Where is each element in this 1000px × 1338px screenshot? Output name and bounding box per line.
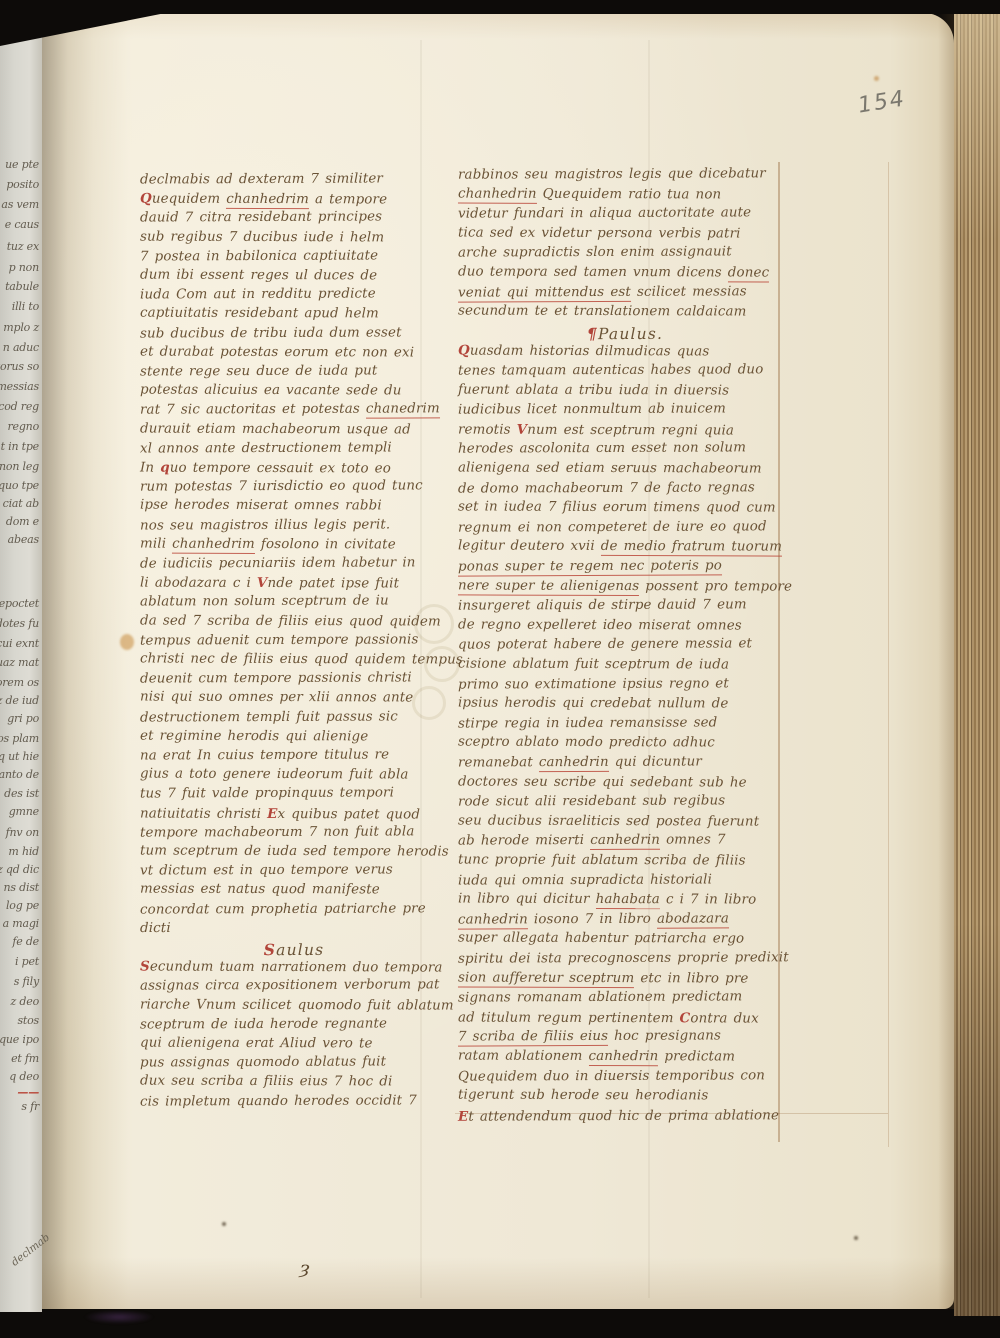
rubricated-initial: E	[458, 1108, 468, 1124]
ink-text: omnes 7	[660, 833, 726, 848]
ruling-line-vertical-2	[888, 162, 889, 1147]
text-line: deuenit cum tempore passionis christi	[140, 671, 412, 691]
text-line: stente rege seu duce de iuda put	[140, 363, 378, 383]
text-line: tempore machabeorum 7 non fuit abla	[140, 824, 415, 844]
text-line: iuda qui omnia supradicta historiali	[458, 872, 712, 892]
red-underlined-text: 7 scriba de filiis eius	[458, 1029, 608, 1047]
ink-text: tum sceptrum de iuda sed tempore herodis	[140, 843, 449, 859]
rubricated-initial: V	[517, 422, 528, 438]
ink-text: alienigena sed etiam seruus machabeorum	[458, 460, 762, 476]
text-line: rat 7 sic auctoritas et potestas chanedr…	[140, 402, 440, 422]
text-line: primo suo extimatione ipsius regno et	[458, 676, 729, 696]
ink-text: secundum te et translationem caldaicam	[458, 304, 747, 320]
text-line: de regno expelleret ideo miserat omnes	[458, 617, 742, 637]
text-line: 7 scriba de filiis eius hoc presignans	[458, 1029, 721, 1049]
ink-text: de domo machabeorum 7 de facto regnas	[458, 480, 755, 496]
ink-text: legitur deutero xvii	[458, 539, 601, 554]
ink-text: tunc proprie fuit ablatum scriba de fili…	[458, 852, 746, 868]
text-line: sub regibus 7 ducibus iude i helm	[140, 229, 384, 249]
ink-text: nos seu magistros illius legis perit.	[140, 517, 390, 533]
ink-text: uasdam historias dilmudicas quas	[470, 344, 710, 360]
text-line: riarche Vnum scilicet quomodo fuit ablat…	[140, 997, 454, 1017]
text-line: vt dictum est in quo tempore verus	[140, 863, 393, 883]
text-line: captiuitatis residebant apud helm	[140, 306, 379, 326]
background-top	[150, 0, 1000, 14]
stain-speck-3	[854, 1236, 858, 1240]
margin-fragment: ns dist	[4, 881, 39, 894]
text-line: signans romanam ablationem predictam	[458, 990, 742, 1010]
margin-fragment: gmne	[9, 805, 39, 818]
ink-text: rat 7 sic auctoritas et potestas	[140, 402, 366, 418]
rubricated-initial: q	[160, 460, 170, 476]
margin-fragment: q deo	[9, 1070, 39, 1083]
margin-fragment: cod reg	[0, 400, 39, 413]
text-line: mili chanhedrim fosolono in civitate	[140, 536, 396, 556]
margin-fragment: mplo z	[3, 321, 39, 334]
ink-text: ablatum non solum sceptrum de iu	[140, 594, 389, 610]
page-right-shadow	[938, 13, 954, 1309]
ink-text: quos poterat habere de genere messia et	[458, 637, 752, 653]
ink-text: dicti	[140, 921, 171, 936]
red-underlined-text: chanhedrim	[226, 192, 309, 209]
margin-fragment: ue pte	[5, 158, 39, 171]
red-underlined-text: sion aufferetur sceptrum	[458, 970, 634, 988]
text-line: messias est natus quod manifeste	[140, 882, 380, 902]
ink-text: qui dicuntur	[609, 754, 702, 769]
text-line: dum ibi essent reges ul duces de	[140, 268, 377, 288]
text-line: iuda Com aut in redditu predicte	[140, 287, 376, 307]
ink-text: destructionem templi fuit passus sic	[140, 709, 398, 725]
text-line: nisi qui suo omnes per xlii annos ante	[140, 690, 413, 710]
ink-text: videtur fundari in aliqua auctoritate au…	[458, 206, 751, 222]
text-line: seu ducibus israeliticis sed postea fuer…	[458, 813, 759, 833]
rubricated-initial: S	[264, 940, 276, 959]
ink-text: tus 7 fuit valde propinquus tempori	[140, 786, 394, 802]
ink-text: set in iudea 7 filius eorum timens quod …	[458, 500, 776, 516]
ink-text: natiuitatis christi	[140, 806, 267, 821]
rubricated-initial: ¶	[587, 324, 598, 343]
margin-fragment: as vem	[1, 198, 39, 211]
text-line: iudicibus licet nonmultum ab inuicem	[458, 402, 726, 422]
margin-fragment: log pe	[6, 899, 39, 912]
ink-text: assignas circa expositionem verborum pat	[140, 978, 440, 994]
red-underlined-text: chanhedrim	[172, 536, 255, 553]
text-line: de iudiciis pecuniariis idem habetur in	[140, 555, 416, 575]
text-line: sub ducibus de tribu iuda dum esset	[140, 325, 402, 345]
text-line: Secundum tuam narrationem duo tempora	[140, 959, 443, 979]
text-line: videtur fundari in aliqua auctoritate au…	[458, 206, 751, 226]
rubricated-initial: Q	[458, 343, 470, 359]
bottom-smudge	[84, 1310, 154, 1324]
text-line: destructionem templi fuit passus sic	[140, 709, 398, 729]
text-line: insurgeret aliquis de stirpe dauid 7 eum	[458, 598, 747, 618]
margin-fragment: gri po	[7, 712, 39, 725]
text-line: ad titulum regum pertinentem Contra dux	[458, 1009, 759, 1029]
ink-text: regnum ei non competeret de iure eo quod	[458, 519, 767, 535]
ink-text: concordat cum prophetia patriarche pre	[140, 901, 426, 917]
ink-text: uequidem	[152, 192, 226, 207]
ink-text: remanebat	[458, 755, 539, 770]
margin-fragment: n aduc	[3, 341, 39, 354]
ink-text: signans romanam ablationem predictam	[458, 990, 742, 1006]
book-fore-edge	[954, 4, 1000, 1316]
text-line: na erat In cuius tempore titulus re	[140, 747, 389, 767]
text-line: pus assignas quomodo ablatus fuit	[140, 1055, 386, 1075]
ink-text: duo tempora sed tamen vnum dicens	[458, 264, 728, 280]
text-line: cisione ablatum fuit sceptrum de iuda	[458, 657, 729, 677]
text-line: canhedrin iosono 7 in libro abodazara	[458, 911, 729, 931]
ink-text: nisi qui suo omnes per xlii annos ante	[140, 690, 413, 706]
ink-text: uo tempore cessauit ex toto eo	[170, 461, 391, 477]
text-line: quos poterat habere de genere messia et	[458, 637, 752, 657]
text-line: rabbinos seu magistros legis que dicebat…	[458, 166, 766, 186]
ink-text: cisione ablatum fuit sceptrum de iuda	[458, 657, 729, 673]
ink-text: num est sceptrum regni quia	[527, 423, 734, 439]
ink-text: rum potestas 7 iurisdictio eo quod tunc	[140, 479, 423, 495]
ink-text: ipse herodes miserat omnes rabbi	[140, 498, 382, 514]
text-line: ab herode miserti canhedrin omnes 7	[458, 833, 726, 853]
margin-fragment: z de iud	[0, 694, 39, 707]
text-line: remanebat canhedrin qui dicuntur	[458, 754, 702, 774]
manuscript-photograph: ue ptepositoas veme caustuz exp nontabul…	[0, 0, 1000, 1338]
ink-text: ab herode miserti	[458, 833, 590, 849]
ink-text: sub regibus 7 ducibus iude i helm	[140, 229, 384, 245]
text-line: 7 postea in babilonica captiuitate	[140, 248, 378, 268]
ink-text: remotis	[458, 422, 517, 437]
text-line: assignas circa expositionem verborum pat	[140, 978, 440, 998]
margin-fragment: stos	[17, 1014, 39, 1027]
ink-text: fosolono in civitate	[255, 537, 396, 552]
ink-text: In	[140, 461, 160, 476]
text-line: li abodazara c i Vnde patet ipse fuit	[140, 575, 399, 595]
red-underlined-text: chanedrim	[366, 402, 440, 419]
rubricated-initial: Q	[140, 191, 152, 207]
text-line: tum sceptrum de iuda sed tempore herodis	[140, 843, 449, 863]
ink-text: tempore machabeorum 7 non fuit abla	[140, 824, 415, 840]
red-underlined-text: nere super te alienigenas	[458, 578, 639, 596]
margin-fragment: des ist	[4, 787, 39, 800]
ink-text: doctores seu scribe qui sedebant sub he	[458, 774, 747, 790]
ink-text: dum ibi essent reges ul duces de	[140, 268, 377, 284]
ink-text: arche supradictis slon enim assignauit	[458, 245, 732, 261]
margin-fragment: illi to	[12, 300, 39, 313]
ink-text: stirpe regia in iudea remansisse sed	[458, 715, 717, 731]
ink-text: ratam ablationem	[458, 1049, 589, 1064]
margin-fragment: ciat ab	[3, 497, 39, 510]
margin-fragment: posito	[6, 178, 39, 191]
ink-text: possent pro tempore	[639, 579, 792, 595]
ink-text: in libro qui dicitur	[458, 892, 596, 907]
text-line: super allegata habentur patriarcha ergo	[458, 931, 744, 951]
margin-fragment: z qd dic	[0, 863, 39, 876]
margin-fragment: orem os	[0, 676, 39, 689]
ink-text: riarche Vnum scilicet quomodo fuit ablat…	[140, 997, 454, 1013]
ink-text: tica sed ex videtur persona verbis patri	[458, 225, 741, 241]
text-line: secundum te et translationem caldaicam	[458, 304, 747, 324]
section-heading: Saulus	[140, 939, 448, 959]
red-underlined-text: canhedrin	[458, 912, 528, 929]
text-line: ipsius herodis qui credebat nullum de	[458, 696, 729, 716]
text-line: chanhedrin Quequidem ratio tua non	[458, 186, 721, 206]
text-line: ablatum non solum sceptrum de iu	[140, 594, 389, 614]
ink-text: cis impletum quando herodes occidit 7	[140, 1093, 417, 1109]
text-line: Quequidem chanhedrim a tempore	[140, 191, 387, 211]
text-line: dux seu scriba a filiis eius 7 hoc di	[140, 1074, 392, 1094]
margin-fragment: s fily	[14, 975, 39, 988]
text-line: et regimine herodis qui alienige	[140, 728, 368, 748]
text-line: tunc proprie fuit ablatum scriba de fili…	[458, 852, 746, 872]
margin-fragment: t in tpe	[1, 440, 39, 453]
text-line: gius a toto genere iudeorum fuit abla	[140, 767, 409, 787]
text-line: Quasdam historias dilmudicas quas	[458, 343, 709, 363]
margin-fragment: i pet	[15, 955, 39, 968]
margin-fragment: tabule	[5, 280, 39, 293]
margin-fragment: torus so	[0, 360, 39, 373]
text-line: ratam ablationem canhedrin predictam	[458, 1049, 735, 1069]
ink-text: rode sicut alii residebant sub regibus	[458, 794, 725, 810]
ink-text: durauit etiam machabeorum usque ad	[140, 421, 411, 437]
margin-fragment: abeas	[8, 533, 39, 546]
stain-orange	[120, 634, 134, 650]
text-line: rode sicut alii residebant sub regibus	[458, 794, 725, 814]
rubricated-initial: S	[140, 959, 150, 975]
text-line: tenes tamquam autenticas habes quod duo	[458, 362, 764, 382]
ink-text: seu ducibus israeliticis sed postea fuer…	[458, 813, 759, 829]
ink-text: insurgeret aliquis de stirpe dauid 7 eum	[458, 598, 747, 614]
text-line: remotis Vnum est sceptrum regni quia	[458, 421, 734, 441]
text-line: tus 7 fuit valde propinquus tempori	[140, 786, 394, 806]
text-line: legitur deutero xvii de medio fratrum tu…	[458, 539, 782, 559]
facing-page-edge: ue ptepositoas veme caustuz exp nontabul…	[0, 6, 42, 1312]
ink-text: sceptro ablato modo predicto adhuc	[458, 735, 715, 751]
margin-fragment: e caus	[5, 218, 39, 231]
red-underlined-text: hahabata	[596, 892, 660, 909]
ink-text: xl annos ante destructionem templi	[140, 440, 392, 456]
ink-text: captiuitatis residebant apud helm	[140, 306, 379, 322]
ink-text: na erat In cuius tempore titulus re	[140, 747, 389, 763]
text-line: in libro qui dicitur hahabata c i 7 in l…	[458, 892, 756, 912]
text-line: xl annos ante destructionem templi	[140, 440, 392, 460]
text-line: christi nec de filiis eius quod quidem t…	[140, 651, 463, 671]
rubricated-initial: V	[257, 575, 268, 591]
margin-fragment: non leg	[0, 460, 39, 473]
text-line: alienigena sed etiam seruus machabeorum	[458, 460, 762, 480]
ink-text: Paulus.	[598, 325, 663, 343]
ink-text: a tempore	[309, 192, 387, 207]
text-line: sion aufferetur sceptrum etc in libro pr…	[458, 970, 749, 990]
text-line: durauit etiam machabeorum usque ad	[140, 421, 411, 441]
ink-text: sub ducibus de tribu iuda dum esset	[140, 325, 402, 341]
text-line: arche supradictis slon enim assignauit	[458, 245, 732, 265]
text-line: nos seu magistros illius legis perit.	[140, 517, 390, 537]
ink-text: declmabis ad dexteram 7 similiter	[140, 171, 383, 187]
ink-text: nde patet ipse fuit	[267, 576, 399, 591]
ink-text: iuda qui omnia supradicta historiali	[458, 872, 712, 888]
margin-fragment: dom e	[6, 515, 39, 528]
ink-text: li abodazara c i	[140, 576, 257, 591]
ink-text: qui alienigena erat Aliud vero te	[140, 1036, 373, 1052]
margin-fragment: s fr	[21, 1100, 39, 1113]
text-line: tigerunt sub herode seu herodianis	[458, 1088, 708, 1108]
ink-text: super allegata habentur patriarcha ergo	[458, 931, 744, 947]
text-line: sceptrum de iuda herode regnante	[140, 1016, 387, 1036]
ink-text: ad titulum regum pertinentem	[458, 1010, 680, 1026]
text-line: tempus aduenit cum tempore passionis	[140, 632, 419, 652]
ink-text: iosono 7 in libro	[528, 912, 657, 928]
ink-text: dux seu scriba a filiis eius 7 hoc di	[140, 1074, 392, 1090]
ink-text: ecundum tuam narrationem duo tempora	[150, 960, 443, 976]
ink-text: primo suo extimatione ipsius regno et	[458, 676, 729, 692]
ink-text: pus assignas quomodo ablatus fuit	[140, 1055, 386, 1071]
section-heading: ¶Paulus.	[458, 323, 792, 343]
text-line: fuerunt ablata a tribu iuda in diuersis	[458, 382, 729, 402]
margin-fragment: regno	[7, 420, 39, 433]
red-underlined-text: chanhedrin	[458, 186, 537, 203]
red-underlined-text: canhedrin	[539, 755, 609, 772]
margin-fragment: uaz mat	[0, 656, 39, 669]
text-line: et durabat potestas eorum etc non exi	[140, 344, 414, 364]
text-column-right: rabbinos seu magistros legis que dicebat…	[458, 167, 792, 1133]
margin-fragment: fnv on	[6, 826, 39, 839]
text-line: potestas alicuius ea vacante sede du	[140, 383, 402, 403]
margin-fragment: messias	[0, 380, 39, 393]
margin-fragment: quo tpe	[0, 479, 39, 492]
margin-fragment: anto de	[0, 768, 39, 781]
ink-text: sceptrum de iuda herode regnante	[140, 1016, 387, 1032]
ink-text: et durabat potestas eorum etc non exi	[140, 344, 414, 360]
margin-fragment: m hid	[8, 845, 39, 858]
text-line: ipse herodes miserat omnes rabbi	[140, 498, 382, 518]
text-line: set in iudea 7 filius eorum timens quod …	[458, 500, 776, 520]
ink-text: vt dictum est in quo tempore verus	[140, 863, 393, 879]
ink-text: iuda Com aut in redditu predicte	[140, 287, 376, 303]
text-line: herodes ascolonita cum esset non solum	[458, 441, 746, 461]
margin-fragment: epoctet	[0, 597, 39, 610]
text-line: nere super te alienigenas possent pro te…	[458, 578, 792, 598]
ink-text: spiritu dei ista precognoscens proprie p…	[458, 950, 789, 966]
red-underlined-text: donec	[728, 265, 769, 282]
ink-text: et regimine herodis qui alienige	[140, 728, 368, 744]
red-underlined-text: canhedrin	[590, 833, 660, 850]
ink-text: de regno expelleret ideo miserat omnes	[458, 617, 742, 633]
ink-text: 7 postea in babilonica captiuitate	[140, 248, 378, 264]
ink-text: deuenit cum tempore passionis christi	[140, 671, 412, 687]
text-line: rum potestas 7 iurisdictio eo quod tunc	[140, 479, 423, 499]
ink-text: fuerunt ablata a tribu iuda in diuersis	[458, 382, 729, 398]
margin-fragment: ——	[17, 1086, 39, 1099]
red-underlined-text: ponas super te regem nec poteris po	[458, 558, 722, 576]
text-line: veniat qui mittendus est scilicet messia…	[458, 284, 747, 304]
ink-text: etc in libro pre	[634, 971, 748, 986]
text-line: da sed 7 scriba de filiis eius quod quid…	[140, 613, 441, 633]
ink-text: christi nec de filiis eius quod quidem t…	[140, 651, 463, 667]
ink-text: gius a toto genere iudeorum fuit abla	[140, 767, 409, 783]
margin-fragment: z deo	[11, 995, 39, 1008]
margin-fragment: tuz ex	[7, 240, 39, 253]
ink-text: predictam	[658, 1049, 735, 1064]
ink-text: scilicet messias	[631, 284, 747, 300]
margin-fragment: adotes fu	[0, 617, 39, 630]
ink-text: stente rege seu duce de iuda put	[140, 363, 378, 379]
rubricated-initial: E	[267, 806, 277, 822]
ink-text: herodes ascolonita cum esset non solum	[458, 441, 746, 457]
ink-text: messias est natus quod manifeste	[140, 882, 380, 898]
ink-text: rabbinos seu magistros legis que dicebat…	[458, 166, 766, 182]
text-line: declmabis ad dexteram 7 similiter	[140, 171, 383, 191]
ink-text: Quequidem ratio tua non	[537, 186, 722, 202]
ink-text: iudicibus licet nonmultum ab inuicem	[458, 402, 726, 418]
ink-text: tigerunt sub herode seu herodianis	[458, 1088, 708, 1104]
text-line: duo tempora sed tamen vnum dicens donec	[458, 264, 769, 284]
text-line: dicti	[140, 921, 171, 940]
text-line: Et attendendum quod hic de prima ablatio…	[458, 1107, 779, 1127]
red-underlined-text: canhedrin	[588, 1049, 658, 1066]
text-line: concordat cum prophetia patriarche pre	[140, 901, 426, 921]
ink-text: dauid 7 citra residebant principes	[140, 210, 382, 226]
ink-text: da sed 7 scriba de filiis eius quod quid…	[140, 613, 441, 629]
margin-fragment: q ut hie	[0, 750, 39, 763]
margin-fragment: a magi	[3, 917, 39, 930]
ink-text: mili	[140, 536, 172, 551]
text-line: ponas super te regem nec poteris po	[458, 558, 722, 578]
rubricated-initial: C	[680, 1010, 691, 1026]
ink-text: ontra dux	[690, 1011, 758, 1026]
margin-fragment: p non	[9, 261, 39, 274]
text-line: dauid 7 citra residebant principes	[140, 210, 382, 230]
text-line: spiritu dei ista precognoscens proprie p…	[458, 950, 789, 970]
text-line: Quequidem duo in diuersis temporibus con	[458, 1068, 765, 1088]
ink-text: hoc presignans	[608, 1029, 721, 1044]
ink-text: tenes tamquam autenticas habes quod duo	[458, 362, 763, 378]
text-line: In quo tempore cessauit ex toto eo	[140, 460, 391, 480]
ink-text: tempus aduenit cum tempore passionis	[140, 632, 419, 648]
ink-text: potestas alicuius ea vacante sede du	[140, 383, 402, 399]
ink-text: Quequidem duo in diuersis temporibus con	[458, 1068, 765, 1084]
text-line: doctores seu scribe qui sedebant sub he	[458, 774, 747, 794]
stain-speck-2	[222, 1222, 226, 1226]
text-column-left: declmabis ad dexteram 7 similiterQuequid…	[140, 172, 448, 1119]
ink-text: c i 7 in libro	[660, 892, 756, 907]
text-line: sceptro ablato modo predicto adhuc	[458, 735, 715, 755]
margin-fragment: que ipo	[0, 1033, 39, 1046]
margin-fragment: fe de	[12, 935, 39, 948]
red-underlined-text: de medio fratrum tuorum	[601, 539, 782, 557]
stain-speck-1	[874, 76, 879, 81]
text-line: de domo machabeorum 7 de facto regnas	[458, 480, 755, 500]
text-line: qui alienigena erat Aliud vero te	[140, 1036, 373, 1056]
text-line: cis impletum quando herodes occidit 7	[140, 1093, 417, 1113]
margin-fragment: os plam	[0, 732, 39, 745]
ink-text: t attendendum quod hic de prima ablation…	[468, 1108, 779, 1124]
text-line: regnum ei non competeret de iure eo quod	[458, 519, 767, 539]
text-line: tica sed ex videtur persona verbis patri	[458, 225, 741, 245]
red-underlined-text: abodazara	[657, 911, 729, 928]
ink-text: de iudiciis pecuniariis idem habetur in	[140, 555, 416, 571]
ink-text: x quibus patet quod	[277, 807, 420, 822]
red-underlined-text: veniat qui mittendus est	[458, 284, 631, 302]
margin-fragment: cui exnt	[0, 637, 39, 650]
ink-text: aulus	[276, 941, 324, 959]
text-line: natiuitatis christi Ex quibus patet quod	[140, 805, 420, 825]
ink-text: ipsius herodis qui credebat nullum de	[458, 696, 729, 712]
text-line: stirpe regia in iudea remansisse sed	[458, 715, 717, 735]
margin-fragment: et fm	[11, 1052, 39, 1065]
